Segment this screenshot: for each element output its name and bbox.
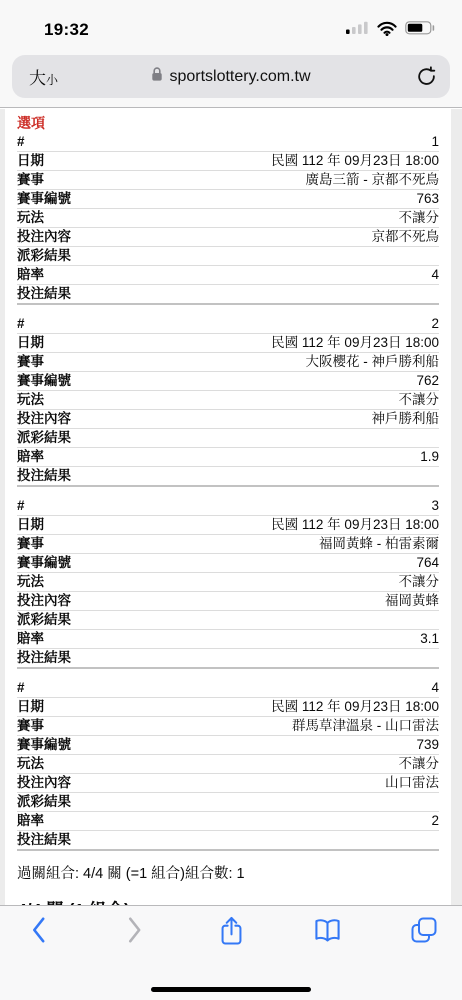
row-label: # [17,315,25,333]
book-icon [313,917,342,944]
safari-toolbar [0,905,462,1000]
table-row: 賽事大阪櫻花 - 神戶勝利船 [17,353,439,372]
row-label: 投注結果 [17,649,71,667]
table-row: 投注結果 [17,285,439,305]
table-row: 賽事福岡黃蜂 - 柏雷素爾 [17,535,439,554]
share-icon [219,915,244,946]
table-row: #2 [17,315,439,334]
parlay-summary: 過關組合: 4/4 關 (=1 組合)組合數: 1 [17,864,439,884]
row-value: 3.1 [420,630,439,648]
share-button[interactable] [214,913,248,947]
table-row: 日期民國 112 年 09月23日 18:00 [17,152,439,171]
row-value: 764 [416,554,439,572]
table-row: 投注結果 [17,831,439,851]
table-row: #4 [17,679,439,698]
row-label: 玩法 [17,755,44,773]
row-label: # [17,679,25,697]
row-value: 1.9 [420,448,439,466]
table-row: 日期民國 112 年 09月23日 18:00 [17,334,439,353]
table-row: 玩法不讓分 [17,391,439,410]
row-value: 不讓分 [399,391,440,409]
status-bar: 19:32 [0,0,462,54]
row-label: 派彩結果 [17,793,71,811]
tabs-button[interactable] [407,913,441,947]
row-label: 日期 [17,698,44,716]
row-label: 玩法 [17,209,44,227]
row-value: 廣島三箭 - 京都不死鳥 [306,171,440,189]
row-value: 民國 112 年 09月23日 18:00 [271,698,439,716]
row-value: 大阪櫻花 - 神戶勝利船 [306,353,440,371]
address-bar[interactable]: 大小 sportslottery.com.tw [12,55,450,98]
row-label: 投注內容 [17,774,71,792]
row-label: 賽事 [17,535,44,553]
tabs-icon [410,916,438,944]
row-label: 日期 [17,152,44,170]
reload-button[interactable] [416,66,437,87]
options-heading: 選項 [17,113,439,133]
back-button[interactable] [21,913,55,947]
row-label: 玩法 [17,573,44,591]
row-label: 投注內容 [17,592,71,610]
row-value: 福岡黃蜂 - 柏雷素爾 [319,535,439,553]
table-row: 派彩結果 [17,247,439,266]
row-value: 2 [431,812,439,830]
wifi-icon [376,20,398,41]
row-value: 不讓分 [399,209,440,227]
table-row: 賠率1.9 [17,448,439,467]
row-value: 福岡黃蜂 [385,592,439,610]
table-row: 賠率3.1 [17,630,439,649]
table-row: 派彩結果 [17,611,439,630]
url-text: sportslottery.com.tw [169,68,310,86]
row-label: 玩法 [17,391,44,409]
row-label: 派彩結果 [17,247,71,265]
row-label: 賽事 [17,717,44,735]
table-row: 投注結果 [17,649,439,669]
safari-header: 19:32 [0,0,462,108]
row-label: 賽事編號 [17,372,71,390]
row-label: 賽事編號 [17,554,71,572]
table-row: 派彩結果 [17,429,439,448]
bet-section: #3日期民國 112 年 09月23日 18:00賽事福岡黃蜂 - 柏雷素爾賽事… [17,497,439,669]
table-row: 賽事編號739 [17,736,439,755]
text-size-small: 小 [46,73,58,87]
row-label: 賠率 [17,630,44,648]
row-label: 日期 [17,516,44,534]
chevron-left-icon [30,916,47,944]
reload-icon [416,75,437,90]
row-value: 群馬草津溫泉 - 山口雷法 [292,717,439,735]
table-row: 投注結果 [17,467,439,487]
row-value: 3 [431,497,439,515]
lock-icon [151,66,163,87]
row-value: 神戶勝利船 [372,410,440,428]
table-row: #3 [17,497,439,516]
toolbar-icons [0,906,462,947]
table-row: 日期民國 112 年 09月23日 18:00 [17,698,439,717]
row-label: 賽事 [17,171,44,189]
table-row: 玩法不讓分 [17,755,439,774]
row-label: 賠率 [17,448,44,466]
row-label: 投注結果 [17,831,71,849]
status-icons [346,20,436,41]
row-label: 投注內容 [17,410,71,428]
row-value: 民國 112 年 09月23日 18:00 [271,516,439,534]
row-label: 賠率 [17,266,44,284]
row-label: # [17,133,25,151]
row-value: 739 [416,736,439,754]
bet-section: #1日期民國 112 年 09月23日 18:00賽事廣島三箭 - 京都不死鳥賽… [17,133,439,305]
row-value: 不讓分 [399,755,440,773]
url-field[interactable]: sportslottery.com.tw [151,66,310,87]
table-row: 玩法不讓分 [17,209,439,228]
bookmarks-button[interactable] [311,913,345,947]
battery-icon [405,21,436,40]
forward-button[interactable] [118,913,152,947]
table-row: 賠率4 [17,266,439,285]
bet-sections: #1日期民國 112 年 09月23日 18:00賽事廣島三箭 - 京都不死鳥賽… [17,133,439,851]
table-row: 投注內容京都不死鳥 [17,228,439,247]
row-label: 賽事編號 [17,190,71,208]
bet-section: #2日期民國 112 年 09月23日 18:00賽事大阪櫻花 - 神戶勝利船賽… [17,315,439,487]
row-label: 日期 [17,334,44,352]
row-value: 763 [416,190,439,208]
row-value: 762 [416,372,439,390]
table-row: 投注內容福岡黃蜂 [17,592,439,611]
row-label: 賽事 [17,353,44,371]
web-content: 選項 #1日期民國 112 年 09月23日 18:00賽事廣島三箭 - 京都不… [0,109,462,905]
bet-section: #4日期民國 112 年 09月23日 18:00賽事群馬草津溫泉 - 山口雷法… [17,679,439,851]
text-size-button[interactable]: 大小 [29,64,58,89]
row-label: 賽事編號 [17,736,71,754]
row-value: 2 [431,315,439,333]
row-value: 民國 112 年 09月23日 18:00 [271,334,439,352]
row-value: 1 [431,133,439,151]
text-size-large: 大 [29,69,46,88]
row-label: 投注結果 [17,467,71,485]
table-row: 賽事群馬草津溫泉 - 山口雷法 [17,717,439,736]
table-row: 賽事編號762 [17,372,439,391]
row-value: 民國 112 年 09月23日 18:00 [271,152,439,170]
chevron-right-icon [126,916,143,944]
table-row: 日期民國 112 年 09月23日 18:00 [17,516,439,535]
row-label: 賠率 [17,812,44,830]
row-value: 山口雷法 [385,774,439,792]
table-row: 賠率2 [17,812,439,831]
row-label: # [17,497,25,515]
row-value: 京都不死鳥 [372,228,440,246]
row-value: 不讓分 [399,573,440,591]
row-label: 投注內容 [17,228,71,246]
row-value: 4 [431,679,439,697]
table-row: 派彩結果 [17,793,439,812]
row-label: 派彩結果 [17,611,71,629]
table-row: #1 [17,133,439,152]
clock-time: 19:32 [44,20,89,40]
table-row: 賽事編號763 [17,190,439,209]
table-row: 玩法不讓分 [17,573,439,592]
row-label: 派彩結果 [17,429,71,447]
table-row: 投注內容神戶勝利船 [17,410,439,429]
table-row: 投注內容山口雷法 [17,774,439,793]
cellular-signal-icon [346,20,369,40]
table-row: 賽事編號764 [17,554,439,573]
row-label: 投注結果 [17,285,71,303]
table-row: 賽事廣島三箭 - 京都不死鳥 [17,171,439,190]
home-indicator[interactable] [151,987,311,992]
row-value: 4 [431,266,439,284]
